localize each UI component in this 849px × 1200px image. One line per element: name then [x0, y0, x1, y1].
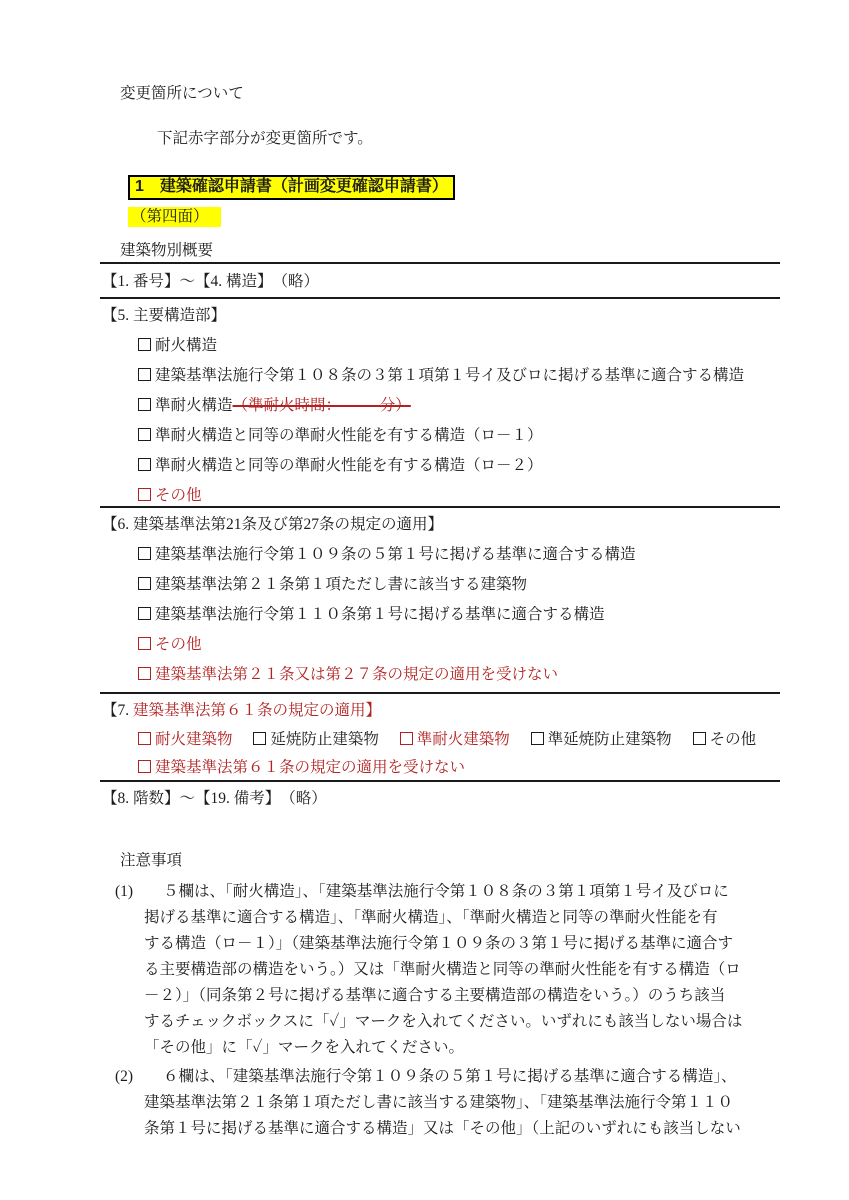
checkbox-label: 準耐火構造と同等の準耐火性能を有する構造（ロ－２） — [155, 457, 543, 474]
checkbox-label: 建築基準法第６１条の規定の適用を受けない — [155, 759, 465, 776]
checkbox-item-spread-prevention: 延焼防止建築物 — [253, 731, 379, 748]
horizontal-rule — [100, 780, 780, 782]
note-item-1: (1)５欄は、「耐火構造」、「建築基準法施行令第１０８条の３第１項第１号イ及びロ… — [100, 879, 780, 1061]
notes-heading: 注意事項 — [120, 851, 780, 871]
checkbox-icon — [138, 607, 151, 620]
doc-title-wrap: 1 建築確認申請書（計画変更確認申請書） — [128, 175, 780, 200]
note-number: (2) — [115, 1064, 133, 1090]
checkbox-icon — [693, 732, 706, 745]
checkbox-item-not-applicable-21-27: 建築基準法第２１条又は第２７条の規定の適用を受けない — [138, 665, 780, 685]
section-7-checkbox-row: 耐火建築物 延焼防止建築物 準耐火建築物 準延焼防止建築物 その他 — [138, 730, 780, 750]
checkbox-icon — [138, 398, 151, 411]
checkbox-item-other-s7: その他 — [693, 731, 757, 748]
checkbox-label: 耐火建築物 — [155, 731, 233, 748]
checkbox-label: 建築基準法施行令第１１０条第１号に掲げる基準に適合する構造 — [155, 606, 605, 623]
checkbox-item-semi-fireproof: 準耐火構造（準耐火時間： 分） — [138, 396, 780, 416]
checkbox-label: 準延焼防止建築物 — [548, 731, 672, 748]
checkbox-label: 建築基準法施行令第１０８条の３第１項第１号イ及びロに掲げる基準に適合する構造 — [155, 367, 744, 384]
checkbox-label: その他 — [155, 487, 202, 504]
checkbox-icon — [138, 428, 151, 441]
overview-label: 建築物別概要 — [120, 241, 780, 261]
note-line: する構造（ロ－１）」（建築基準法施行令第１０９条の３第１号に掲げる基準に適合す — [144, 931, 780, 957]
note-text: ５欄は、「耐火構造」、「建築基準法施行令第１０８条の３第１項第１号イ及びロに — [163, 883, 729, 900]
checkbox-item-semi-fireproof-building: 準耐火建築物 — [400, 731, 510, 748]
checkbox-icon — [138, 547, 151, 560]
checkbox-item-art21-proviso: 建築基準法第２１条第１項ただし書に該当する建築物 — [138, 575, 780, 595]
checkbox-icon — [531, 732, 544, 745]
note-line: (2)６欄は、「建築基準法施行令第１０９条の５第１号に掲げる基準に適合する構造」… — [144, 1064, 780, 1090]
horizontal-rule — [100, 262, 780, 264]
note-number: (1) — [115, 879, 133, 905]
checkbox-icon — [138, 760, 151, 773]
checkbox-item-not-applicable-61: 建築基準法第６１条の規定の適用を受けない — [138, 758, 780, 778]
table-row-1-4: 【1. 番号】～【4. 構造】 （略） — [102, 272, 780, 292]
checkbox-label: 延焼防止建築物 — [270, 731, 379, 748]
note-line: 「その他」に「✓」マークを入れてください。 — [144, 1035, 780, 1061]
checkbox-item-art109-5: 建築基準法施行令第１０９条の５第１号に掲げる基準に適合する構造 — [138, 545, 780, 565]
checkbox-icon — [138, 577, 151, 590]
note-item-2: (2)６欄は、「建築基準法施行令第１０９条の５第１号に掲げる基準に適合する構造」… — [100, 1064, 780, 1142]
checkbox-item-ro1: 準耐火構造と同等の準耐火性能を有する構造（ロ－１） — [138, 426, 780, 446]
section-7-heading: 【7. 建築基準法第６１条の規定の適用】 — [102, 701, 780, 721]
checkbox-icon — [138, 732, 151, 745]
section-7-number: 【7. — [102, 702, 133, 719]
checkbox-label: 準耐火構造 — [155, 397, 233, 414]
checkbox-icon — [138, 338, 151, 351]
horizontal-rule — [100, 297, 780, 299]
checkbox-icon — [138, 667, 151, 680]
checkbox-label: 建築基準法第２１条又は第２７条の規定の適用を受けない — [155, 666, 558, 683]
checkbox-label: 準耐火構造と同等の準耐火性能を有する構造（ロ－１） — [155, 427, 543, 444]
checkbox-label: その他 — [710, 731, 757, 748]
horizontal-rule — [100, 506, 780, 508]
checkbox-label: 準耐火建築物 — [417, 731, 510, 748]
checkbox-item-fireproof: 耐火構造 — [138, 336, 780, 356]
doc-title-highlight: 1 建築確認申請書（計画変更確認申請書） — [128, 175, 455, 200]
note-line: するチェックボックスに「✓」マークを入れてください。いずれにも該当しない場合は — [144, 1009, 780, 1035]
checkbox-icon — [138, 637, 151, 650]
checkbox-item-fireproof-building: 耐火建築物 — [138, 731, 233, 748]
checkbox-item-other-s6: その他 — [138, 635, 780, 655]
page-title: 変更箇所について — [120, 84, 780, 104]
checkbox-item-art110: 建築基準法施行令第１１０条第１号に掲げる基準に適合する構造 — [138, 605, 780, 625]
checkbox-item-semi-spread-prevention: 準延焼防止建築物 — [531, 731, 672, 748]
checkbox-icon — [253, 732, 266, 745]
sheet-label-highlight: （第四面） — [128, 207, 221, 227]
sheet-label-wrap: （第四面） — [128, 206, 780, 228]
section-5-heading: 【5. 主要構造部】 — [102, 306, 780, 326]
checkbox-icon — [138, 458, 151, 471]
checkbox-label: 建築基準法第２１条第１項ただし書に該当する建築物 — [155, 576, 527, 593]
checkbox-item-other-s5: その他 — [138, 486, 780, 506]
checkbox-label: その他 — [155, 636, 202, 653]
note-line: 掲げる基準に適合する構造」、「準耐火構造」、「準耐火構造と同等の準耐火性能を有 — [144, 905, 780, 931]
note-line: (1)５欄は、「耐火構造」、「建築基準法施行令第１０８条の３第１項第１号イ及びロ… — [144, 879, 780, 905]
note-line: る主要構造部の構造をいう。）又は「準耐火構造と同等の準耐火性能を有する構造（ロ — [144, 957, 780, 983]
section-6-heading: 【6. 建築基準法第21条及び第27条の規定の適用】 — [102, 515, 780, 535]
checkbox-icon — [138, 488, 151, 501]
checkbox-item-ro2: 準耐火構造と同等の準耐火性能を有する構造（ロ－２） — [138, 456, 780, 476]
note-line: 建築基準法第２１条第１項ただし書に該当する建築物」、「建築基準法施行令第１１０ — [144, 1090, 780, 1116]
section-7-title-red: 建築基準法第６１条の規定の適用】 — [133, 702, 381, 719]
checkbox-item-art108: 建築基準法施行令第１０８条の３第１項第１号イ及びロに掲げる基準に適合する構造 — [138, 366, 780, 386]
checkbox-icon — [138, 368, 151, 381]
checkbox-icon — [400, 732, 413, 745]
horizontal-rule — [100, 692, 780, 694]
note-line: －２）」（同条第２号に掲げる基準に適合する主要構造部の構造をいう。）のうち該当 — [144, 983, 780, 1009]
page-subtitle: 下記赤字部分が変更箇所です。 — [157, 129, 780, 149]
note-line: 条第１号に掲げる基準に適合する構造」又は「その他」（上記のいずれにも該当しない — [144, 1116, 780, 1142]
note-text: ６欄は、「建築基準法施行令第１０９条の５第１号に掲げる基準に適合する構造」、 — [163, 1068, 737, 1085]
checkbox-label: 耐火構造 — [155, 337, 217, 354]
table-row-8-19: 【8. 階数】～【19. 備考】 （略） — [102, 789, 780, 809]
checkbox-label: 建築基準法施行令第１０９条の５第１号に掲げる基準に適合する構造 — [155, 546, 636, 563]
deleted-text: （準耐火時間： 分） — [233, 397, 411, 414]
document-page: 変更箇所について 下記赤字部分が変更箇所です。 1 建築確認申請書（計画変更確認… — [0, 0, 849, 1200]
